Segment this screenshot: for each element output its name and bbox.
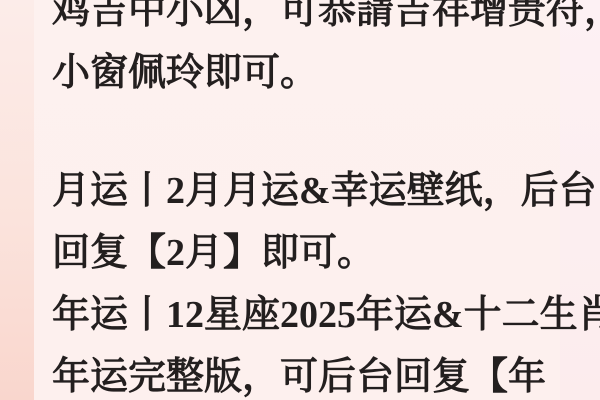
text-line: 年运完整版，可后台回复【年 [52, 346, 552, 400]
text-card: 鸡吉中小凶，可恭請吉祥增贵符， 小窗佩玲即可。 月运丨2月月运&幸运壁纸，后台 … [34, 0, 560, 400]
text-line: 鸡吉中小凶，可恭請吉祥增贵符， [52, 0, 552, 42]
left-margin-band [0, 0, 34, 400]
text-line: 小窗佩玲即可。 [52, 42, 552, 104]
text-line: 回复【2月】即可。 [52, 222, 552, 284]
article-image: 鸡吉中小凶，可恭請吉祥增贵符， 小窗佩玲即可。 月运丨2月月运&幸运壁纸，后台 … [0, 0, 600, 400]
paragraph-monthly-yearly-fortune: 月运丨2月月运&幸运壁纸，后台 回复【2月】即可。 年运丨12星座2025年运&… [52, 160, 552, 400]
text-line: 年运丨12星座2025年运&十二生肖 [52, 284, 552, 346]
paragraph-talisman: 鸡吉中小凶，可恭請吉祥增贵符， 小窗佩玲即可。 [52, 0, 552, 104]
text-line: 月运丨2月月运&幸运壁纸，后台 [52, 160, 552, 222]
